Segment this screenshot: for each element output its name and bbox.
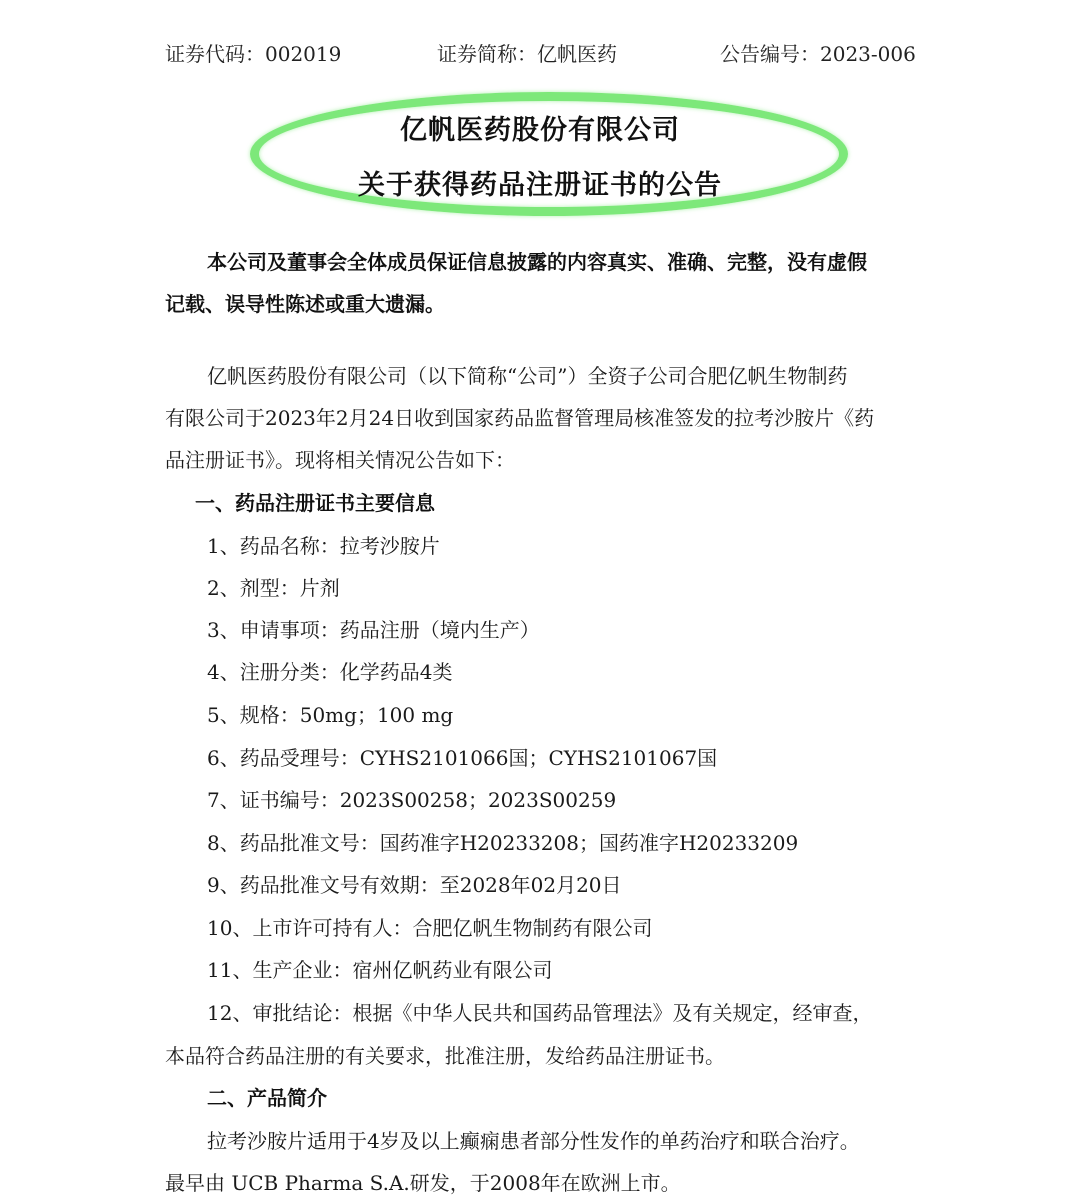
disclaimer-line-1: 本公司及董事会全体成员保证信息披露的内容真实、准确、完整，没有虚假 (207, 246, 867, 275)
announcement-title: 关于获得药品注册证书的公告 (0, 163, 1080, 202)
intro-line-2: 有限公司于2023年2月24日收到国家药品监督管理局核准签发的拉考沙胺片《药 (165, 402, 874, 431)
info-item: 1、药品名称：拉考沙胺片 (207, 530, 440, 559)
product-intro-line-2: 最早由 UCB Pharma S.A.研发，于2008年在欧洲上市。 (165, 1167, 681, 1196)
info-item: 11、生产企业：宿州亿帆药业有限公司 (207, 954, 552, 983)
stock-code: 证券代码：002019 (165, 38, 341, 67)
info-item: 3、申请事项：药品注册（境内生产） (207, 614, 540, 643)
disclaimer-line-2: 记载、误导性陈述或重大遗漏。 (165, 288, 445, 317)
info-item-12-line-2: 本品符合药品注册的有关要求，批准注册，发给药品注册证书。 (165, 1040, 725, 1069)
info-item: 6、药品受理号：CYHS2101066国；CYHS2101067国 (207, 742, 717, 771)
product-intro-line-1: 拉考沙胺片适用于4岁及以上癫痫患者部分性发作的单药治疗和联合治疗。 (207, 1125, 860, 1154)
info-item: 8、药品批准文号：国药准字H20233208；国药准字H20233209 (207, 827, 798, 856)
info-item: 9、药品批准文号有效期：至2028年02月20日 (207, 869, 622, 898)
announcement-number: 公告编号：2023-006 (720, 38, 916, 67)
intro-line-1: 亿帆医药股份有限公司（以下简称“公司”）全资子公司合肥亿帆生物制药 (207, 360, 847, 389)
info-item: 2、剂型：片剂 (207, 572, 340, 601)
info-item-12-line-1: 12、审批结论：根据《中华人民共和国药品管理法》及有关规定，经审查， (207, 997, 872, 1026)
section-1-heading: 一、药品注册证书主要信息 (195, 487, 435, 516)
company-title: 亿帆医药股份有限公司 (0, 108, 1080, 147)
section-2-heading: 二、产品简介 (207, 1082, 327, 1111)
info-item: 7、证书编号：2023S00258；2023S00259 (207, 784, 616, 813)
info-item: 5、规格：50mg；100 mg (207, 699, 453, 728)
info-item: 4、注册分类：化学药品4类 (207, 656, 452, 685)
intro-line-3: 品注册证书》。现将相关情况公告如下： (165, 444, 515, 473)
info-item: 10、上市许可持有人：合肥亿帆生物制药有限公司 (207, 912, 652, 941)
stock-short-name: 证券简称：亿帆医药 (437, 38, 617, 67)
